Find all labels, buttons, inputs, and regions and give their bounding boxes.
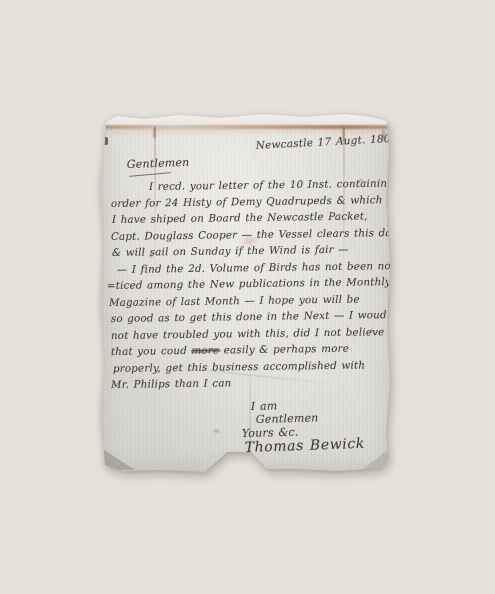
salutation-underline	[129, 172, 171, 177]
paper-shadow: Newcastle 17 Augt. 1804, Gentlemen I rec…	[0, 0, 495, 594]
photo-background: Newcastle 17 Augt. 1804, Gentlemen I rec…	[0, 0, 495, 594]
line-text: so good as to get this done in the Next …	[111, 309, 387, 325]
line-text: not have troubled you with this, did I n…	[111, 326, 385, 342]
closing-gentlemen: Gentlemen	[256, 411, 319, 426]
letter-body-line: I recd. your letter of the 10 Inst. cont…	[149, 177, 412, 193]
letter-body-line: not have troubled you with this, did I n…	[111, 326, 385, 342]
letter-body-line: =ticed among the New publications in the…	[107, 276, 391, 292]
signature-thomas-bewick: Thomas Bewick	[244, 436, 365, 456]
letter-body-line: Capt. Douglass Cooper — the Vessel clear…	[111, 227, 398, 243]
letter-body-line: order for 24 Histy of Demy Quadrupeds & …	[111, 194, 383, 210]
letter-body-line: — I find the 2d. Volume of Birds has not…	[117, 260, 391, 276]
line-text: easily & perhaps more	[219, 343, 349, 357]
letter-body-line: I have shiped on Board the Newcastle Pac…	[112, 210, 368, 226]
line-text: & will sail on Sunday if the Wind is fai…	[112, 244, 349, 259]
letter-body-line: & will sail on Sunday if the Wind is fai…	[112, 244, 349, 259]
letter-paper: Newcastle 17 Augt. 1804, Gentlemen I rec…	[99, 112, 392, 474]
line-text: I have shiped on Board the Newcastle Pac…	[112, 210, 368, 226]
letter-body-line: Mr. Philips than I can	[111, 377, 232, 391]
struck-word: more	[191, 344, 219, 356]
letter-body-line: so good as to get this done in the Next …	[111, 309, 387, 325]
foxing-spot	[214, 429, 219, 433]
line-text: — I find the 2d. Volume of Birds has not…	[117, 260, 391, 276]
letter-body-line: Magazine of last Month — I hope you will…	[109, 293, 360, 309]
letter-body-line: that you coud more easily & perhaps more	[111, 343, 349, 358]
closing-i-am: I am	[251, 399, 278, 413]
line-text: I recd. your letter of the 10 Inst. cont…	[149, 177, 412, 193]
fold-stain-dash	[153, 128, 156, 138]
line-text: Magazine of last Month — I hope you will…	[109, 293, 360, 309]
line-text: properly, get this business accomplished…	[113, 359, 365, 375]
line-text: Mr. Philips than I can	[111, 377, 232, 391]
line-text: Capt. Douglass Cooper — the Vessel clear…	[111, 227, 398, 243]
bottom-left-corner-shade	[101, 444, 135, 470]
letter-body-line: properly, get this business accomplished…	[113, 359, 365, 375]
salutation: Gentlemen	[127, 156, 190, 171]
line-text: that you coud	[111, 345, 192, 358]
line-text: order for 24 Histy of Demy Quadrupeds & …	[111, 194, 383, 210]
line-text: =ticed among the New publications in the…	[107, 276, 391, 292]
left-edge-speck	[103, 137, 108, 145]
